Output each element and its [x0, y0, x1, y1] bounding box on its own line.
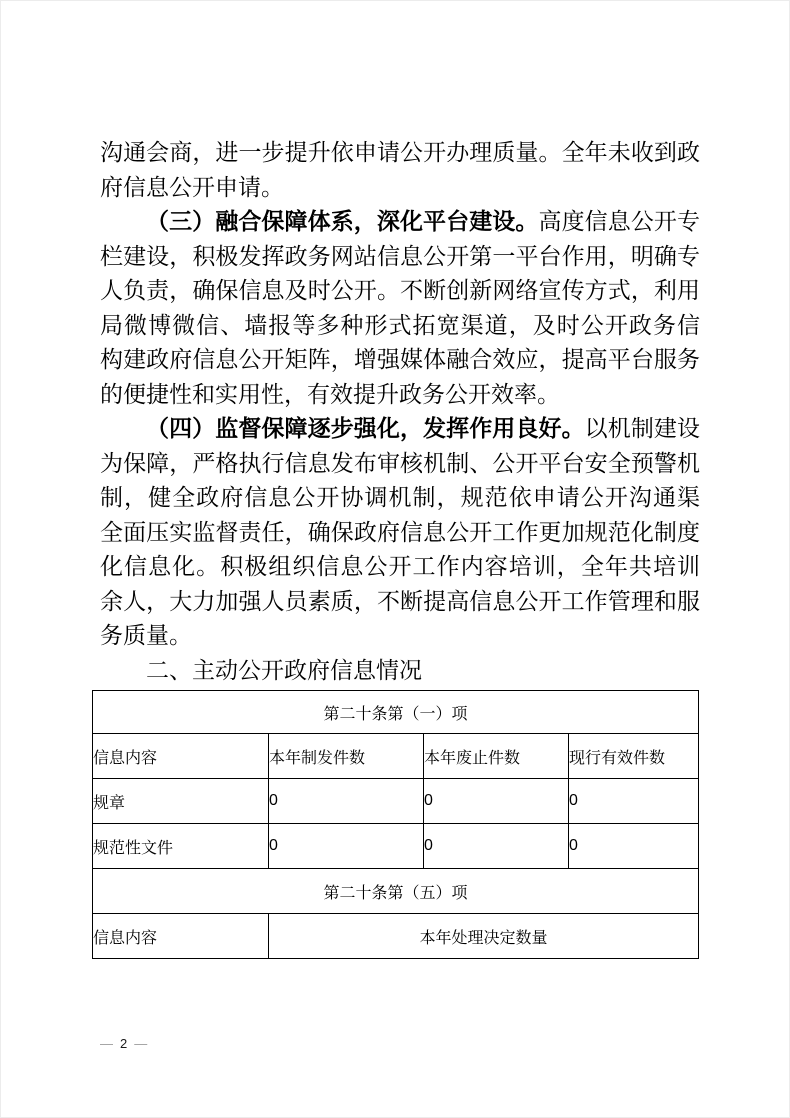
table-section2-title: 第二十条第（五）项: [93, 869, 699, 914]
text-line: 全面压实监督责任，确保政府信息公开工作更加规范化制度: [100, 515, 700, 550]
part2-column-decisions: 本年处理决定数量: [269, 914, 699, 959]
row-label-rules: 规章: [93, 779, 269, 824]
column-header-effective: 现行有效件数: [569, 734, 699, 779]
row-label-normative-docs: 规范性文件: [93, 824, 269, 869]
cell-rules-effective: 0: [569, 779, 699, 824]
table-row-rules: 规章 0 0 0: [93, 779, 699, 824]
cell-normative-repealed: 0: [424, 824, 569, 869]
table-row-part2-header: 信息内容 本年处理决定数量: [93, 914, 699, 959]
text-line: 构建政府信息公开矩阵，增强媒体融合效应，提高平台服务: [100, 342, 700, 377]
text-line: （四）监督保障逐步强化，发挥作用良好。以机制建设: [100, 411, 700, 446]
text-line: 为保障，严格执行信息发布审核机制、公开平台安全预警机: [100, 446, 700, 481]
table-row-normative-docs: 规范性文件 0 0 0: [93, 824, 699, 869]
table-section1-title: 第二十条第（一）项: [93, 691, 699, 734]
text-line: 府信息公开申请。: [100, 170, 700, 205]
text-line: 余人，大力加强人员素质，不断提高信息公开工作管理和服: [100, 584, 700, 619]
table-row-section1: 第二十条第（一）项: [93, 691, 699, 734]
cell-normative-issued: 0: [269, 824, 424, 869]
text-line: 化信息化。积极组织信息公开工作内容培训，全年共培训 20: [100, 549, 700, 584]
paragraph-bold-lead: （三）融合保障体系，深化平台建设。: [146, 208, 538, 234]
column-header-repealed: 本年废止件数: [424, 734, 569, 779]
document-body: 沟通会商，进一步提升依申请公开办理质量。全年未收到政府信息公开申请。（三）融合保…: [100, 135, 700, 687]
text-line: 的便捷性和实用性，有效提升政务公开效率。: [100, 377, 700, 412]
text-line: 栏建设，积极发挥政务网站信息公开第一平台作用，明确专: [100, 239, 700, 274]
disclosure-table: 第二十条第（一）项 信息内容 本年制发件数 本年废止件数 现行有效件数 规章 0…: [92, 690, 699, 959]
text-line: 务质量。: [100, 618, 700, 653]
column-header-info-content: 信息内容: [93, 734, 269, 779]
document-page: 沟通会商，进一步提升依申请公开办理质量。全年未收到政府信息公开申请。（三）融合保…: [0, 0, 790, 1118]
table-row-section2: 第二十条第（五）项: [93, 869, 699, 914]
cell-rules-issued: 0: [269, 779, 424, 824]
table-row-header: 信息内容 本年制发件数 本年废止件数 现行有效件数: [93, 734, 699, 779]
text-line: （三）融合保障体系，深化平台建设。高度信息公开专: [100, 204, 700, 239]
text-line: 制，健全政府信息公开协调机制，规范依申请公开沟通渠道，: [100, 480, 700, 515]
footer-right-dash: —: [134, 1036, 147, 1051]
footer-left-dash: —: [100, 1036, 113, 1051]
page-number: 2: [120, 1036, 127, 1051]
text-line: 人负责，确保信息及时公开。不断创新网络宣传方式，利用: [100, 273, 700, 308]
text-line: 局微博微信、墙报等多种形式拓宽渠道，及时公开政务信息，: [100, 308, 700, 343]
cell-rules-repealed: 0: [424, 779, 569, 824]
cell-normative-effective: 0: [569, 824, 699, 869]
column-header-issued: 本年制发件数: [269, 734, 424, 779]
part2-label-info-content: 信息内容: [93, 914, 269, 959]
paragraph-bold-lead: （四）监督保障逐步强化，发挥作用良好。: [146, 415, 585, 441]
page-footer: — 2 —: [100, 1036, 147, 1051]
section-heading: 二、主动公开政府信息情况: [100, 653, 700, 688]
text-line: 沟通会商，进一步提升依申请公开办理质量。全年未收到政: [100, 135, 700, 170]
